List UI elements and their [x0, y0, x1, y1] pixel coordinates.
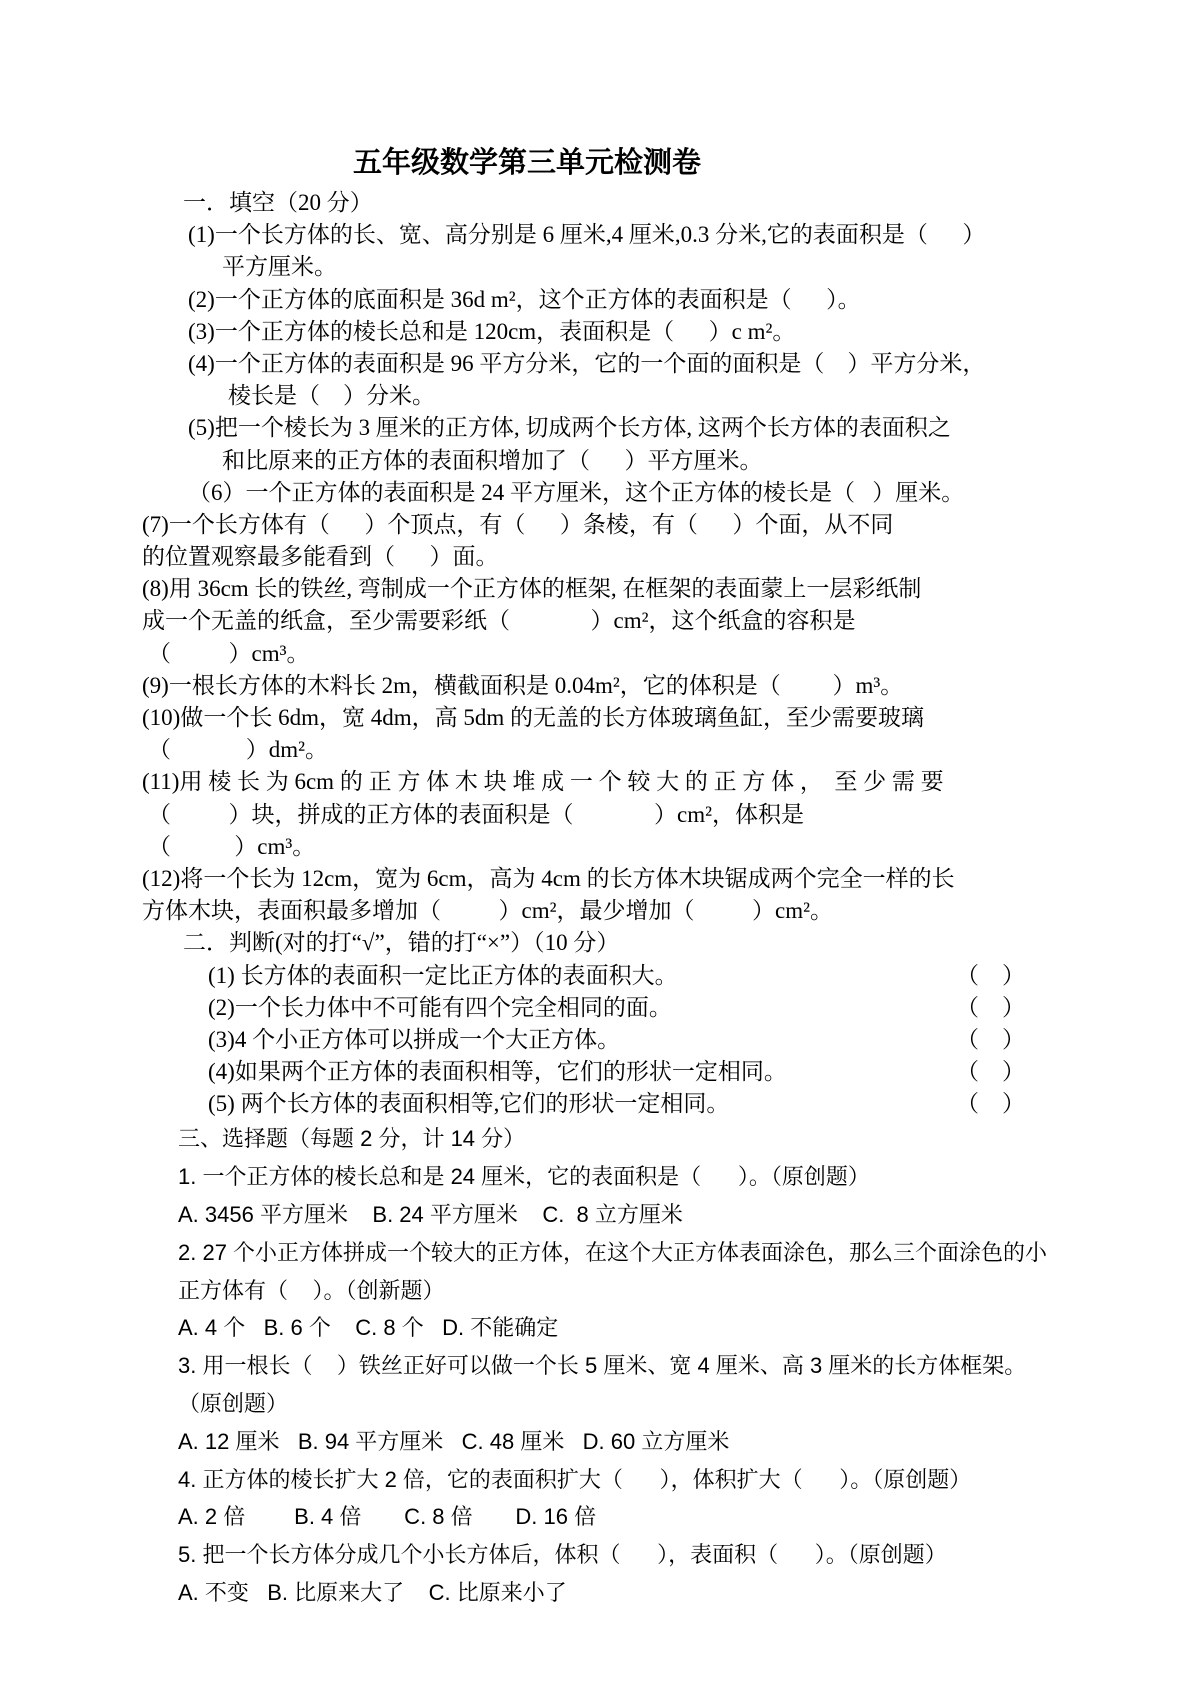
section-3-header: 三、选择题（每题 2 分，计 14 分） [178, 1120, 1051, 1158]
line: 平方厘米。 [222, 251, 1051, 283]
line: (10)做一个长 6dm，宽 4dm，高 5dm 的无盖的长方体玻璃鱼缸，至少需… [142, 702, 1051, 734]
judge-item: (4)如果两个正方体的表面积相等，它们的形状一定相同。 （ ） [142, 1056, 1051, 1088]
line: （ ）块，拼成的正方体的表面积是（ ）cm²，体积是 [148, 799, 1051, 831]
line: （6）一个正方体的表面积是 24 平方厘米，这个正方体的棱长是（ ）厘米。 [188, 477, 1051, 509]
document-page: 五年级数学第三单元检测卷 一．填空（20 分） (1)一个长方体的长、宽、高分别… [0, 0, 1191, 1684]
judge-item: (1) 长方体的表面积一定比正方体的表面积大。 （ ） [142, 960, 1051, 992]
judge-text: (2)一个长力体中不可能有四个完全相同的面。 [208, 992, 672, 1024]
judge-text: (1) 长方体的表面积一定比正方体的表面积大。 [208, 960, 678, 992]
question-line: 2. 27 个小正方体拼成一个较大的正方体，在这个大正方体表面涂色，那么三个面涂… [178, 1234, 1051, 1272]
line: （ ）cm³。 [148, 831, 1051, 863]
line: 成一个无盖的纸盒，至少需要彩纸（ ）cm²，这个纸盒的容积是 [142, 605, 1051, 637]
judge-text: (5) 两个长方体的表面积相等,它们的形状一定相同。 [208, 1088, 729, 1120]
judge-item: (3)4 个小正方体可以拼成一个大正方体。 （ ） [142, 1024, 1051, 1056]
section-2-header: 二．判断(对的打“√”，错的打“×”）（10 分） [183, 927, 1051, 959]
judge-item: (5) 两个长方体的表面积相等,它们的形状一定相同。 （ ） [142, 1088, 1051, 1120]
question-line: 正方体有（ ）。（创新题） [178, 1272, 1051, 1310]
line: 的位置观察最多能看到（ ）面。 [142, 541, 1051, 573]
judge-item: (2)一个长力体中不可能有四个完全相同的面。 （ ） [142, 992, 1051, 1024]
line: (8)用 36cm 长的铁丝, 弯制成一个正方体的框架, 在框架的表面蒙上一层彩… [142, 573, 1051, 605]
line: 和比原来的正方体的表面积增加了（ ）平方厘米。 [222, 445, 1051, 477]
judge-text: (4)如果两个正方体的表面积相等，它们的形状一定相同。 [208, 1056, 787, 1088]
line: 方体木块，表面积最多增加（ ）cm²，最少增加（ ）cm²。 [142, 895, 1051, 927]
answer-bracket: （ ） [956, 992, 1025, 1024]
line: 棱长是（ ）分米。 [228, 380, 1051, 412]
line: （ ）cm³。 [148, 638, 1051, 670]
question-line: 4. 正方体的棱长扩大 2 倍，它的表面积扩大（ ），体积扩大（ ）。（原创题） [178, 1461, 1051, 1499]
choices-line: A. 3456 平方厘米 B. 24 平方厘米 C. 8 立方厘米 [178, 1196, 1051, 1234]
answer-bracket: （ ） [956, 1024, 1025, 1056]
line: (7)一个长方体有（ ）个顶点，有（ ）条棱，有（ ）个面，从不同 [142, 509, 1051, 541]
line: （ ）dm²。 [148, 734, 1051, 766]
answer-bracket: （ ） [956, 1088, 1025, 1120]
line: (4)一个正方体的表面积是 96 平方分米，它的一个面的面积是（ ）平方分米， [188, 348, 1051, 380]
section-1-header: 一．填空（20 分） [183, 187, 1051, 219]
answer-bracket: （ ） [956, 1056, 1025, 1088]
line: (9)一根长方体的木料长 2m，横截面积是 0.04m²，它的体积是（ ）m³。 [142, 670, 1051, 702]
line: (11)用 棱 长 为 6cm 的 正 方 体 木 块 堆 成 一 个 较 大 … [142, 766, 1051, 798]
line: (2)一个正方体的底面积是 36d m²，这个正方体的表面积是（ ）。 [188, 284, 1051, 316]
question-line: （原创题） [178, 1385, 1051, 1423]
line: (3)一个正方体的棱长总和是 120cm，表面积是（ ）c m²。 [188, 316, 1051, 348]
choices-line: A. 12 厘米 B. 94 平方厘米 C. 48 厘米 D. 60 立方厘米 [178, 1423, 1051, 1461]
question-line: 5. 把一个长方体分成几个小长方体后，体积（ ），表面积（ ）。（原创题） [178, 1536, 1051, 1574]
line: (1)一个长方体的长、宽、高分别是 6 厘米,4 厘米,0.3 分米,它的表面积… [188, 219, 1051, 251]
answer-bracket: （ ） [956, 960, 1025, 992]
page-title: 五年级数学第三单元检测卷 [353, 143, 1051, 183]
choices-line: A. 4 个 B. 6 个 C. 8 个 D. 不能确定 [178, 1309, 1051, 1347]
line: (12)将一个长为 12cm，宽为 6cm，高为 4cm 的长方体木块锯成两个完… [142, 863, 1051, 895]
line: (5)把一个棱长为 3 厘米的正方体, 切成两个长方体, 这两个长方体的表面积之 [188, 412, 1051, 444]
question-line: 3. 用一根长（ ）铁丝正好可以做一个长 5 厘米、宽 4 厘米、高 3 厘米的… [178, 1347, 1051, 1385]
judge-text: (3)4 个小正方体可以拼成一个大正方体。 [208, 1024, 620, 1056]
choices-line: A. 2 倍 B. 4 倍 C. 8 倍 D. 16 倍 [178, 1498, 1051, 1536]
choices-line: A. 不变 B. 比原来大了 C. 比原来小了 [178, 1574, 1051, 1612]
document-body: 五年级数学第三单元检测卷 一．填空（20 分） (1)一个长方体的长、宽、高分别… [142, 143, 1051, 1612]
question-line: 1. 一个正方体的棱长总和是 24 厘米，它的表面积是（ ）。（原创题） [178, 1158, 1051, 1196]
